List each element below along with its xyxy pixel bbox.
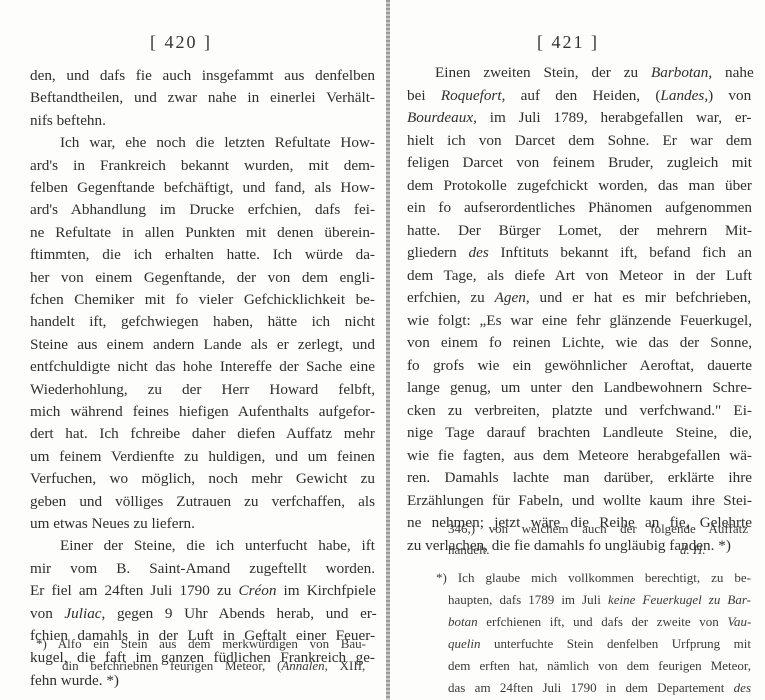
footnote-line: botan erfchienen ift, und dafs der zweit… <box>448 612 751 632</box>
text-line: Erzählungen für Fabeln, und wollte kaum … <box>407 491 752 511</box>
footnote-line: dem erften hat, nämlich von dem feurigen… <box>448 656 751 676</box>
text-line: Einen zweiten Stein, der zu Barbotan, na… <box>435 63 754 83</box>
text-line: dem Tage, als diefe Art von Meteor in de… <box>407 266 752 286</box>
text-line: handelt ift, gefchwiegen haben, hätte ic… <box>30 312 375 332</box>
footnote-line: handelt. <box>448 540 490 560</box>
text-line: den, und dafs fie auch insgefammt aus de… <box>30 66 375 86</box>
text-line: hatte. Der Bürger Lomet, der mehrern Mit… <box>407 221 752 241</box>
text-line: felben Gegenftande befchäftigt, und fand… <box>30 178 375 198</box>
text-line: bei Roquefort, auf den Heiden, (Landes,)… <box>407 86 751 106</box>
text-line: Einer der Steine, die ich unterfucht hab… <box>60 536 375 556</box>
text-line: Bourdeaux, im Juli 1789, herabgefallen w… <box>407 108 751 128</box>
text-line: lange genug, um unter den Landbewohnern … <box>407 378 752 398</box>
text-line: dert hat. Ich fchreibe daher diefen Auff… <box>30 424 375 444</box>
text-line: um feinem Verdienfte zu huldigen, und um… <box>30 447 375 467</box>
text-line: um etwas Neues zu liefern. <box>30 514 195 534</box>
text-line: erfchien, zu Agen, und er hat es mir bef… <box>407 288 751 308</box>
text-line: wie folgt: „Es war eine fehr glänzende F… <box>407 311 752 331</box>
text-line: ftimmten, die ich erhalten hatte. Ich wü… <box>30 245 375 265</box>
footnote-line: quelin unterfuchte Stein denfelben Urfpr… <box>448 634 751 654</box>
footnote-line: din befchriebnen feurigen Meteor, (Annal… <box>62 656 365 676</box>
footnote-line: haupten, dafs 1789 im Juli keine Feuerku… <box>448 590 751 610</box>
text-line: ne Refultate in allen Punkten mit denen … <box>30 223 375 243</box>
text-line: Er fiel am 24ften Juli 1790 zu Créon im … <box>30 581 376 601</box>
text-line: mich während feines hiefigen Aufenthalts… <box>30 402 375 422</box>
text-line: ren. Damahls lachte man darüber, erklärt… <box>407 468 752 488</box>
book-spread: [ 420 ] den, und dafs fie auch insgefamm… <box>0 0 765 700</box>
text-line: gliedern des Inftituts bekannt ift, befa… <box>407 243 752 263</box>
text-line: entfchuldigte nicht das hohe Intereffe d… <box>30 357 375 377</box>
text-line: Wiederhohlung, zu der Herr Howard felbft… <box>30 380 375 400</box>
text-line: Steine aus einem andern Lande als er zer… <box>30 335 375 355</box>
text-line: nige Tage darauf brachten Landleute Stei… <box>407 423 752 443</box>
text-line: ard's Abhandlung im Drucke erfchien, daf… <box>30 200 375 220</box>
footnote-line: *) Alfo ein Stein aus dem merkwürdigen v… <box>36 634 366 654</box>
text-line: von einem fo reinen Lichte, wie das der … <box>407 333 752 353</box>
text-line: Beftandtheilen, und zwar nahe in einerle… <box>30 88 375 108</box>
text-line: dem Protokolle zugefchickt worden, das m… <box>407 176 752 196</box>
text-line: von Juliac, gegen 9 Uhr Abends herab, un… <box>30 604 377 624</box>
text-line: ein fo aufserordentliches Phänomen aufge… <box>407 198 752 218</box>
text-line: geben und völliges Zutrauen zu verfchaff… <box>30 492 375 512</box>
page-number-left: [ 420 ] <box>150 32 212 53</box>
text-line: feligen Darcet von feinem Bruder, zuglei… <box>407 153 752 173</box>
footnote-signature: d. H. <box>680 540 706 560</box>
footnote-line: 346,) von welchem auch der folgende Auff… <box>448 519 748 539</box>
text-line: Ich war, ehe noch die letzten Refultate … <box>60 133 375 153</box>
right-page: [ 421 ] Einen zweiten Stein, der zu Barb… <box>390 0 765 700</box>
text-line: nifs beftehn. <box>30 111 106 131</box>
text-line: fchen Chemiker mit fo vieler Gefchicklic… <box>30 290 375 310</box>
text-line: mir vom B. Saint-Amand zugeftellt worden… <box>30 559 375 579</box>
text-line: hielt ich von Darcet dem Sohne. Er war d… <box>407 131 752 151</box>
text-line: fo grofs wie ein gewöhnlicher Aeroftat, … <box>407 356 752 376</box>
text-line: cken zu verbreiten, platzte und verfchwa… <box>407 401 752 421</box>
left-page: [ 420 ] den, und dafs fie auch insgefamm… <box>0 0 388 700</box>
text-line: wie fie fagten, aus dem Meteore herabgef… <box>407 446 752 466</box>
footnote-line: *) Ich glaube mich vollkommen berechtigt… <box>436 568 751 588</box>
text-line: her von einem Gegenftande, der von dem e… <box>30 268 375 288</box>
page-number-right: [ 421 ] <box>537 32 599 53</box>
footnote-line: das am 24ften Juli 1790 in dem Departeme… <box>448 678 751 698</box>
text-line: Verfuchen, wo möglich, noch mehr Gewicht… <box>30 469 375 489</box>
text-line: ard's in Frankreich bekannt wurden, mit … <box>30 156 375 176</box>
